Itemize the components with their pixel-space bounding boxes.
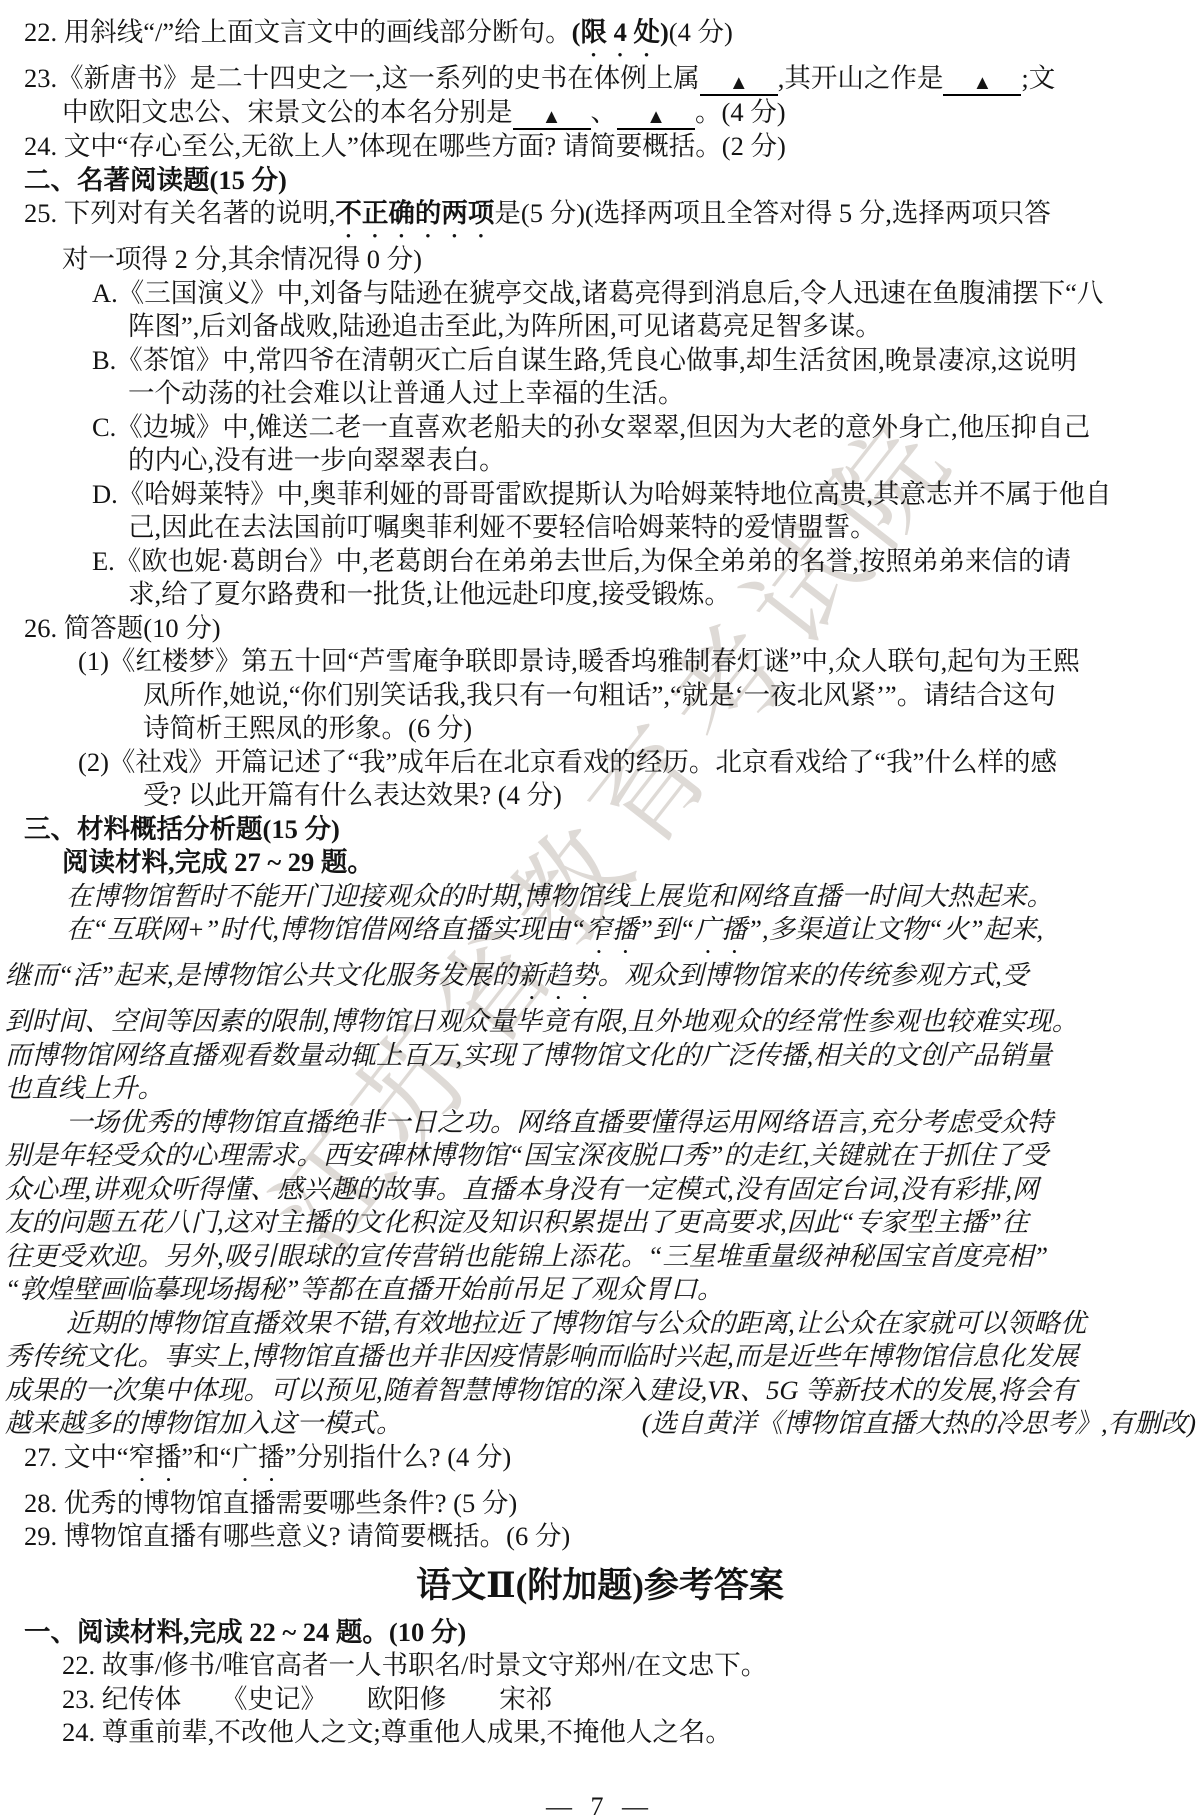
text-segment: 成果的一次集中体现。可以预见,随着智慧博物馆的深入建设,VR、5G 等新技术的发… [5,1375,1077,1405]
text-segment: 而博物馆网络直播观看数量动辄上百万,实现了博物馆文化的广泛传播,相关的文创产品销… [5,1040,1052,1070]
text-line: (1)《红楼梦》第五十回“芦雪庵争联即景诗,暖香坞雅制春灯谜”中,众人联句,起句… [78,645,1200,679]
text-line: 24. 文中“存心至公,无欲上人”体现在哪些方面? 请简要概括。(2 分) [24,130,1200,164]
text-segment: “敦煌壁画临摹现场揭秘”等都在直播开始前吊足了观众胃口。 [5,1274,723,1304]
text-line: 别是年轻受众的心理需求。西安碑林博物馆“国宝深夜脱口秀”的走红,关键就在于抓住了… [5,1139,1196,1173]
text-segment: 24. 尊重前辈,不改他人之文;尊重他人成果,不掩他人之名。 [62,1717,732,1747]
text-line: 而博物馆网络直播观看数量动辄上百万,实现了博物馆文化的广泛传播,相关的文创产品销… [5,1039,1196,1073]
text-segment: 不正确的两项 [335,198,494,228]
answers-section: 一、阅读材料,完成 22 ~ 24 题。(10 分)22. 故事/修书/唯官高者… [0,1616,1200,1750]
text-segment: 22. 故事/修书/唯官高者一人书职名/时景文守郑州/在文忠下。 [62,1650,767,1680]
text-segment: 凤所作,她说,“你们别笑话我,我只有一句粗话”,“就是‘一夜北风紧’”。请结合这… [143,680,1056,710]
text-line: 的内心,没有进一步向翠翠表白。 [128,444,1200,478]
text-line: 友的问题五花八门,这对主播的文化积淀及知识积累提出了更高要求,因此“专家型主播”… [5,1206,1196,1240]
text-segment: 三、材料概括分析题(15 分) [24,814,340,844]
text-segment: 己,因此在去法国前叮嘱奥菲利娅不要轻信哈姆莱特的爱情盟誓。 [128,512,877,542]
text-line: 凤所作,她说,“你们别笑话我,我只有一句粗话”,“就是‘一夜北风紧’”。请结合这… [143,679,1200,713]
text-segment: (2)《社戏》开篇记述了“我”成年后在北京看戏的经历。北京看戏给了“我”什么样的… [78,747,1057,777]
text-segment: ”分别指什么? (4 分) [285,1442,512,1472]
text-line: 诗简析王熙凤的形象。(6 分) [143,712,1200,746]
text-segment: ”到“ [638,914,694,944]
text-segment: 、 [591,97,618,127]
text-line: 一场优秀的博物馆直播绝非一日之功。网络直播要懂得运用网络语言,充分考虑受众特 [66,1106,1196,1140]
text-line: 秀传统文化。事实上,博物馆直播也并非因疫情影响而临时兴起,而是近些年博物馆信息化… [5,1340,1196,1374]
text-line: 一、阅读材料,完成 22 ~ 24 题。(10 分) [24,1616,1200,1650]
text-segment: 近期的博物馆直播效果不错,有效地拉近了博物馆与公众的距离,让公众在家就可以领略优 [66,1308,1086,1338]
text-segment: 受? 以此开篇有什么表达效果? (4 分) [143,780,562,810]
text-line: 众心理,讲观众听得懂、感兴趣的故事。直播本身没有一定模式,没有固定台词,没有彩排… [5,1173,1196,1207]
text-segment: 阅读材料,完成 27 ~ 29 题。 [62,847,374,877]
text-segment: 对一项得 2 分,其余情况得 0 分) [62,244,422,274]
text-line: 26. 简答题(10 分) [24,612,1200,646]
text-segment: 限 4 处 [580,17,660,47]
text-segment: 24. 文中“存心至公,无欲上人”体现在哪些方面? 请简要概括。(2 分) [24,131,786,161]
text-line: 越来越多的博物馆加入这一模式。(选自黄洋《博物馆直播大热的冷思考》,有删改) [5,1407,1196,1441]
text-line: A.《三国演义》中,刘备与陆逊在猇亭交战,诸葛亮得到消息后,令人迅速在鱼腹浦摆下… [92,277,1200,311]
text-line: D.《哈姆莱特》中,奥菲利娅的哥哥雷欧提斯认为哈姆莱特地位高贵,其意志并不属于他… [92,478,1200,512]
text-line: 到时间、空间等因素的限制,博物馆日观众量毕竟有限,且外地观众的经常性参观也较难实… [5,1005,1196,1039]
text-segment: (选自黄洋《博物馆直播大热的冷思考》,有删改) [642,1407,1196,1441]
answer-blank: ▲ [617,106,695,130]
text-segment: 别是年轻受众的心理需求。西安碑林博物馆“国宝深夜脱口秀”的走红,关键就在于抓住了… [5,1140,1048,1170]
text-segment: ”和“ [182,1442,232,1472]
answer-blank: ▲ [700,72,778,96]
text-line: 继而“活”起来,是博物馆公共文化服务发展的新趋势。观众到博物馆来的传统参观方式,… [5,959,1196,1005]
text-line: 23.《新唐书》是二十四史之一,这一系列的史书在体例上属▲,其开山之作是▲;文 [24,62,1200,96]
text-segment: 秀传统文化。事实上,博物馆直播也并非因疫情影响而临时兴起,而是近些年博物馆信息化… [5,1341,1078,1371]
text-segment: 诗简析王熙凤的形象。(6 分) [143,713,472,743]
text-line: 22. 故事/修书/唯官高者一人书职名/时景文守郑州/在文忠下。 [62,1649,1200,1683]
text-segment: 广播 [232,1442,285,1472]
text-segment: C.《边城》中,傩送二老一直喜欢老船夫的孙女翠翠,但因为大老的意外身亡,他压抑自… [92,412,1090,442]
text-segment: 求,给了夏尔路费和一批货,让他远赴印度,接受锻炼。 [128,579,731,609]
exam-page: 22. 用斜线“/”给上面文言文中的画线部分断句。(限 4 处)(4 分)23.… [0,0,1200,1815]
text-segment: E.《欧也妮·葛朗台》中,老葛朗台在弟弟去世后,为保全弟弟的名誉,按照弟弟来信的… [92,546,1071,576]
text-segment: 阵图”,后刘备战败,陆逊追击至此,为阵所困,可见诸葛亮足智多谋。 [128,311,882,341]
text-line: 阵图”,后刘备战败,陆逊追击至此,为阵所困,可见诸葛亮足智多谋。 [128,310,1200,344]
text-line: 28. 优秀的博物馆直播需要哪些条件? (5 分) [24,1487,1200,1521]
answer-blank: ▲ [943,72,1021,96]
text-segment: 中欧阳文忠公、宋景文公的本名分别是 [62,97,513,127]
text-segment: 友的问题五花八门,这对主播的文化积淀及知识积累提出了更高要求,因此“专家型主播”… [5,1207,1028,1237]
text-line: 往更受欢迎。另外,吸引眼球的宣传营销也能锦上添花。“三星堆重量级神秘国宝首度亮相… [5,1240,1196,1274]
text-line: 一个动荡的社会难以让普通人过上幸福的生活。 [128,377,1200,411]
text-segment: 越来越多的博物馆加入这一模式。 [5,1407,403,1441]
text-line: 也直线上升。 [5,1072,1196,1106]
text-segment: 继而“活”起来,是博物馆公共文化服务发展的 [5,960,518,990]
text-segment: 27. 文中“ [24,1442,129,1472]
text-line: 27. 文中“窄播”和“广播”分别指什么? (4 分) [24,1441,1200,1487]
text-segment: 。(4 分) [695,97,786,127]
text-line: 二、名著阅读题(15 分) [24,164,1200,198]
text-line: E.《欧也妮·葛朗台》中,老葛朗台在弟弟去世后,为保全弟弟的名誉,按照弟弟来信的… [92,545,1200,579]
text-segment: 在博物馆暂时不能开门迎接观众的时期,博物馆线上展览和网络直播一时间大热起来。 [66,881,1053,911]
text-segment: 25. 下列对有关名著的说明, [24,198,335,228]
text-line: 己,因此在去法国前叮嘱奥菲利娅不要轻信哈姆莱特的爱情盟誓。 [128,511,1200,545]
text-segment: 一场优秀的博物馆直播绝非一日之功。网络直播要懂得运用网络语言,充分考虑受众特 [66,1107,1053,1137]
text-segment: 一个动荡的社会难以让普通人过上幸福的生活。 [128,378,685,408]
text-segment: 22. 用斜线“/”给上面文言文中的画线部分断句。 [24,17,572,47]
text-line: 求,给了夏尔路费和一批货,让他远赴印度,接受锻炼。 [128,578,1200,612]
text-segment: 二、名著阅读题(15 分) [24,165,287,195]
text-segment: 到时间、空间等因素的限制,博物馆日观众量毕竟有限,且外地观众的经常性参观也较难实… [5,1006,1078,1036]
text-segment: (4 分) [669,17,733,47]
text-segment: 广播 [694,914,747,944]
text-line: 在“互联网+”时代,博物馆借网络直播实现由“窄播”到“广播”,多渠道让文物“火”… [66,913,1196,959]
text-segment: 在“互联网+”时代,博物馆借网络直播实现由“ [66,914,585,944]
text-segment: 也直线上升。 [5,1073,164,1103]
text-line: C.《边城》中,傩送二老一直喜欢老船夫的孙女翠翠,但因为大老的意外身亡,他压抑自… [92,411,1200,445]
text-segment: ) [660,17,669,47]
text-segment: 众心理,讲观众听得懂、感兴趣的故事。直播本身没有一定模式,没有固定台词,没有彩排… [5,1174,1039,1204]
text-segment: D.《哈姆莱特》中,奥菲利娅的哥哥雷欧提斯认为哈姆莱特地位高贵,其意志并不属于他… [92,479,1112,509]
text-segment: 窄播 [585,914,638,944]
text-segment: ;文 [1021,63,1055,93]
text-line: 22. 用斜线“/”给上面文言文中的画线部分断句。(限 4 处)(4 分) [24,16,1200,62]
text-segment: 窄播 [129,1442,182,1472]
text-line: 中欧阳文忠公、宋景文公的本名分别是▲、▲。(4 分) [62,96,1200,130]
text-line: (2)《社戏》开篇记述了“我”成年后在北京看戏的经历。北京看戏给了“我”什么样的… [78,746,1200,780]
text-line: B.《茶馆》中,常四爷在清朝灭亡后自谋生路,凭良心做事,却生活贫困,晚景凄凉,这… [92,344,1200,378]
text-segment: B.《茶馆》中,常四爷在清朝灭亡后自谋生路,凭良心做事,却生活贫困,晚景凄凉,这… [92,345,1077,375]
text-segment: 28. 优秀的博物馆直播需要哪些条件? (5 分) [24,1488,517,1518]
text-segment: ”,多渠道让文物“火”起来, [747,914,1043,944]
text-line: 24. 尊重前辈,不改他人之文;尊重他人成果,不掩他人之名。 [62,1716,1200,1750]
text-segment: A.《三国演义》中,刘备与陆逊在猇亭交战,诸葛亮得到消息后,令人迅速在鱼腹浦摆下… [92,278,1103,308]
text-segment: 23. 纪传体 《史记》 欧阳修 宋祁 [62,1684,552,1714]
text-segment: 往更受欢迎。另外,吸引眼球的宣传营销也能锦上添花。“三星堆重量级神秘国宝首度亮相… [5,1241,1048,1271]
text-segment: 29. 博物馆直播有哪些意义? 请简要概括。(6 分) [24,1521,570,1551]
text-segment: 是(5 分)(选择两项且全答对得 5 分,选择两项只答 [494,198,1050,228]
text-segment: 26. 简答题(10 分) [24,613,221,643]
text-line: 阅读材料,完成 27 ~ 29 题。 [62,846,1200,880]
text-line: 受? 以此开篇有什么表达效果? (4 分) [143,779,1200,813]
text-line: “敦煌壁画临摹现场揭秘”等都在直播开始前吊足了观众胃口。 [5,1273,1196,1307]
text-segment: 新趋势 [518,960,598,990]
text-line: 对一项得 2 分,其余情况得 0 分) [62,243,1200,277]
text-line: 在博物馆暂时不能开门迎接观众的时期,博物馆线上展览和网络直播一时间大热起来。 [66,880,1196,914]
answer-blank: ▲ [513,106,591,130]
text-line: 成果的一次集中体现。可以预见,随着智慧博物馆的深入建设,VR、5G 等新技术的发… [5,1374,1196,1408]
text-segment: 。观众到博物馆来的传统参观方式,受 [598,960,1029,990]
text-segment: 一、阅读材料,完成 22 ~ 24 题。(10 分) [24,1617,466,1647]
text-segment: (1)《红楼梦》第五十回“芦雪庵争联即景诗,暖香坞雅制春灯谜”中,众人联句,起句… [78,646,1080,676]
questions-section: 22. 用斜线“/”给上面文言文中的画线部分断句。(限 4 处)(4 分)23.… [0,16,1200,1554]
text-line: 23. 纪传体 《史记》 欧阳修 宋祁 [62,1683,1200,1717]
page-number: — 7 — [0,1792,1200,1815]
text-line: 29. 博物馆直播有哪些意义? 请简要概括。(6 分) [24,1520,1200,1554]
answer-section-title: 语文Ⅱ(附加题)参考答案 [0,1560,1200,1612]
text-line: 近期的博物馆直播效果不错,有效地拉近了博物馆与公众的距离,让公众在家就可以领略优 [66,1307,1196,1341]
text-line: 三、材料概括分析题(15 分) [24,813,1200,847]
text-segment: ,其开山之作是 [778,63,944,93]
text-segment: 23.《新唐书》是二十四史之一,这一系列的史书在体例上属 [24,63,700,93]
text-line: 25. 下列对有关名著的说明,不正确的两项是(5 分)(选择两项且全答对得 5 … [24,197,1200,243]
text-segment: 的内心,没有进一步向翠翠表白。 [128,445,506,475]
